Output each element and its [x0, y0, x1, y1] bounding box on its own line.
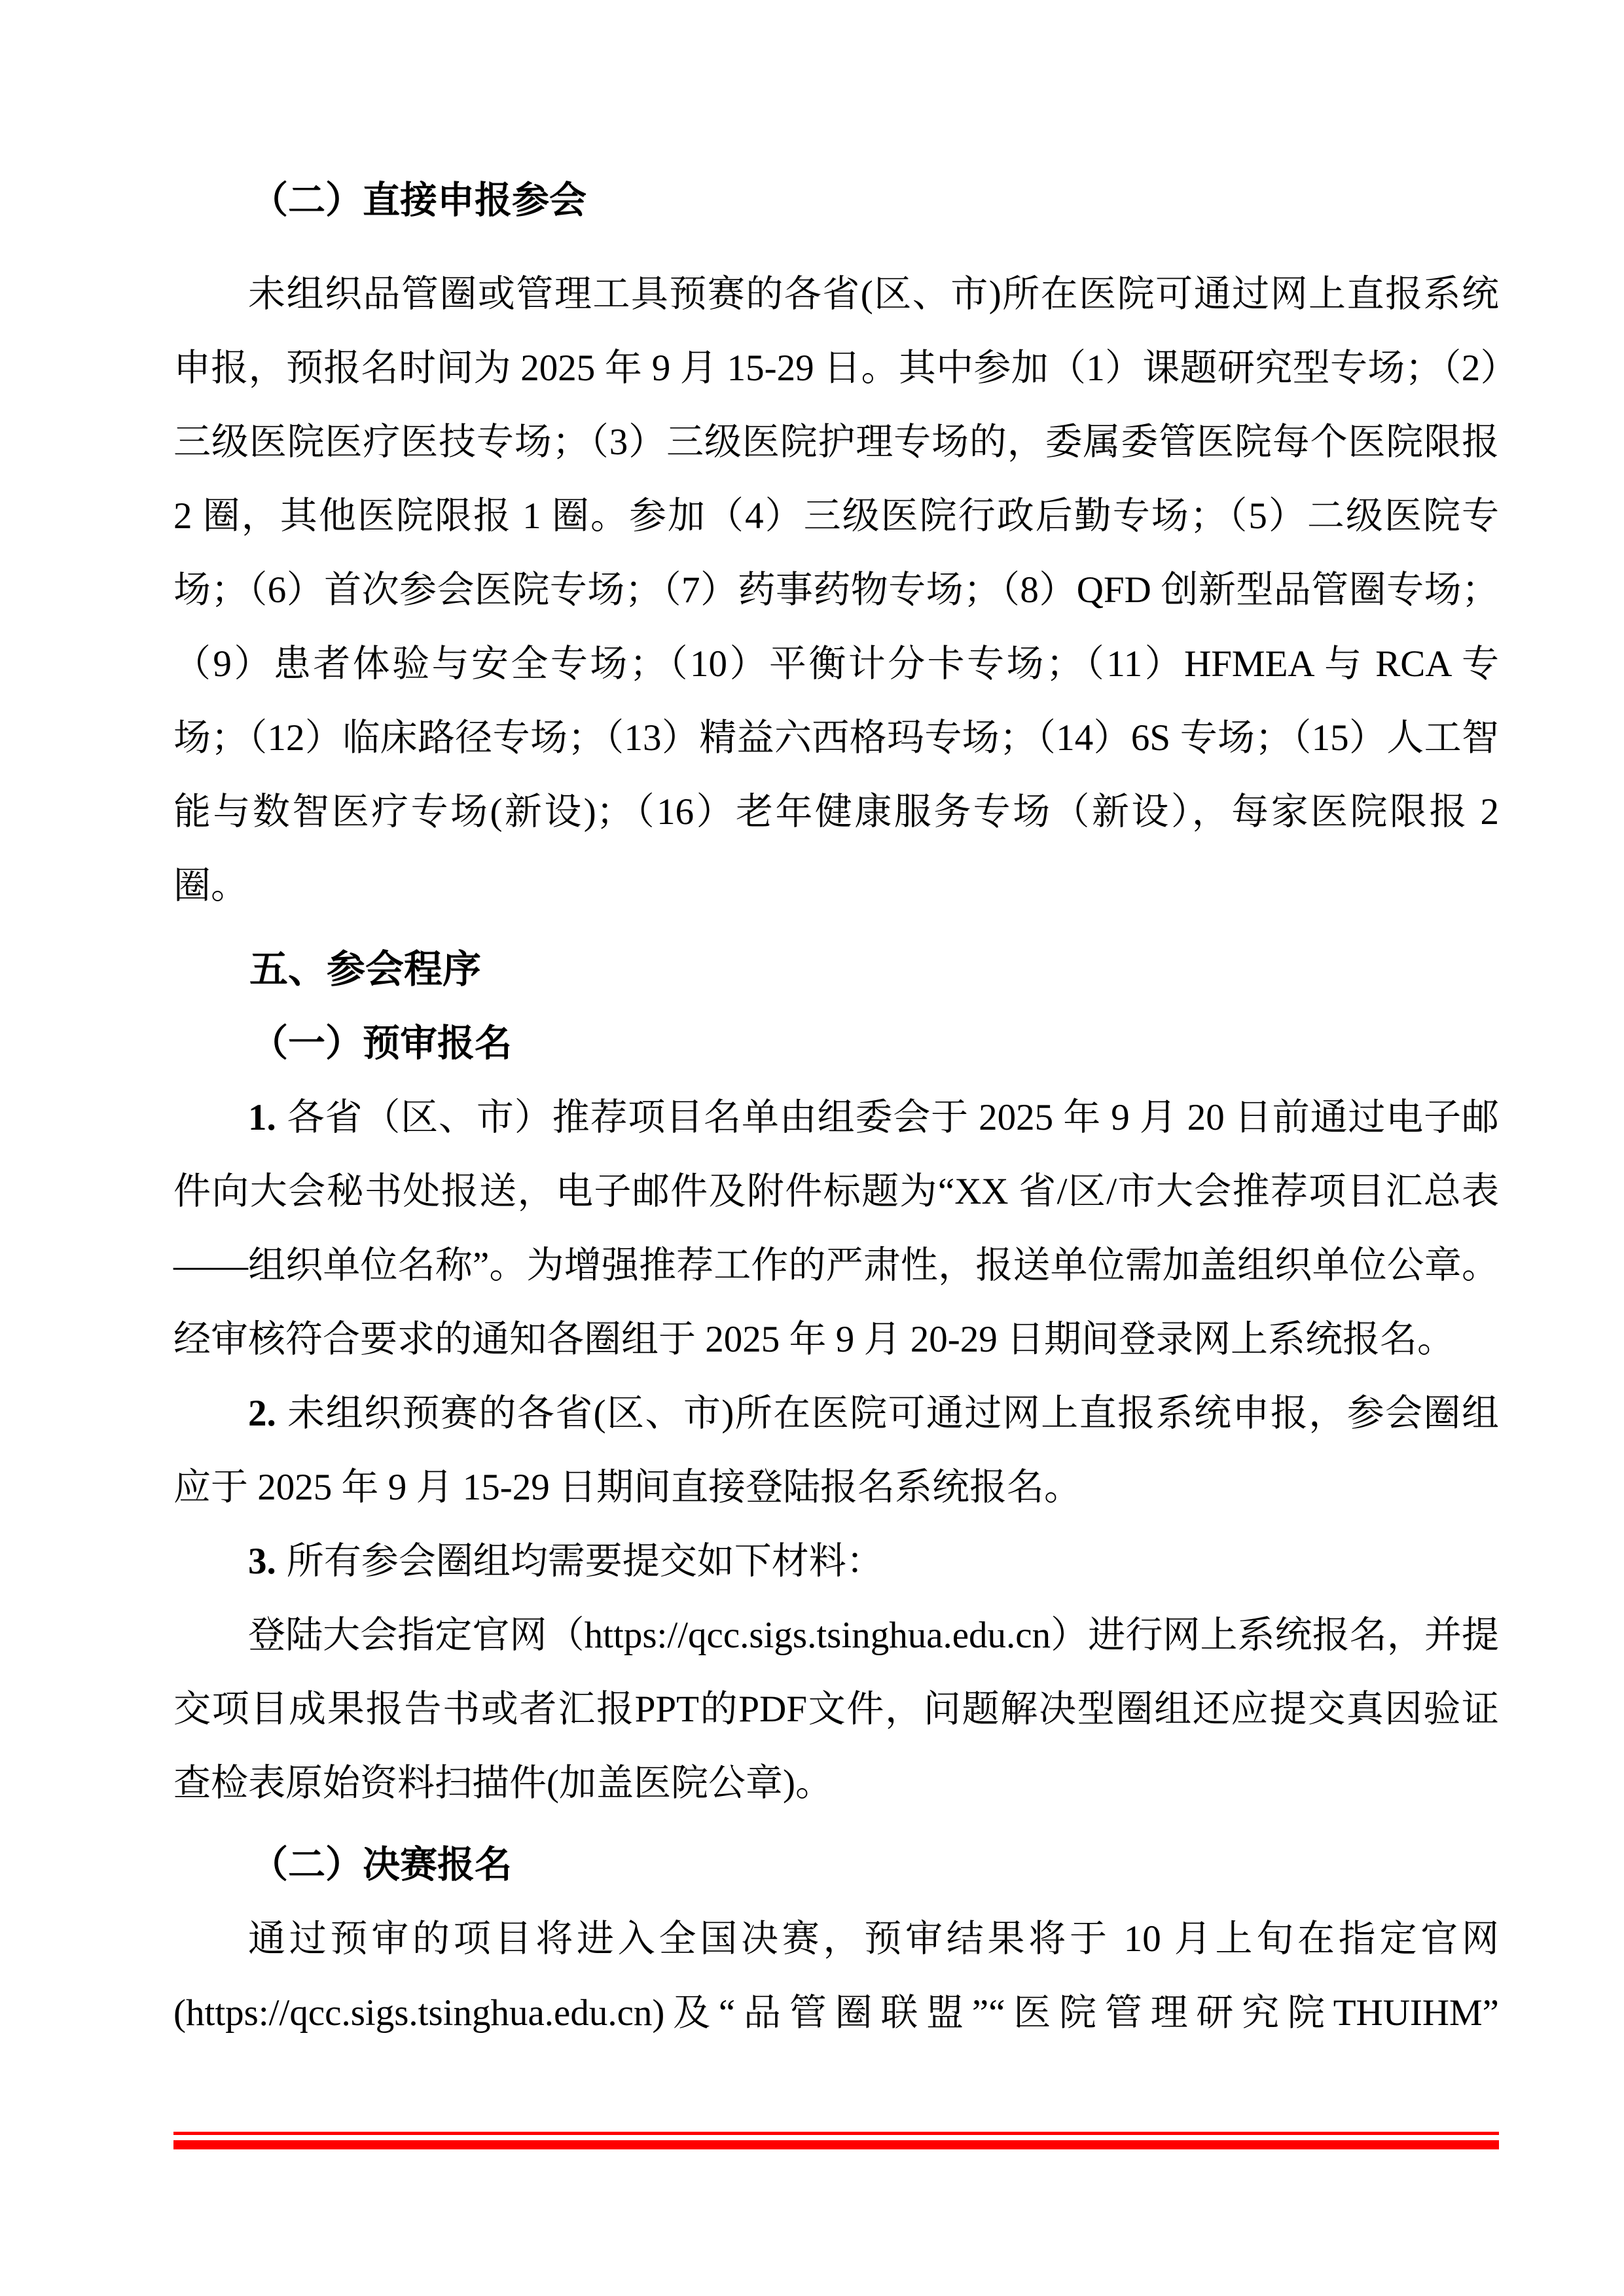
- heading-participation-procedure: 五、参会程序: [173, 933, 1499, 1007]
- footer-rule-thick: [173, 2140, 1499, 2149]
- item-number: 2.: [248, 1393, 276, 1434]
- document-page: （二）直接申报参会 未组织品管圈或管理工具预赛的各省(区、市)所在医院可通过网上…: [0, 0, 1624, 2296]
- numbered-item-3: 3.所有参会圈组均需要提交如下材料：: [173, 1524, 1499, 1598]
- numbered-item-2: 2.未组织预赛的各省(区、市)所在医院可通过网上直报系统申报，参会圈组应于 20…: [173, 1376, 1499, 1524]
- item-text: 未组织预赛的各省(区、市)所在医院可通过网上直报系统申报，参会圈组应于 2025…: [173, 1393, 1499, 1508]
- item-text: 各省（区、市）推荐项目名单由组委会于 2025 年 9 月 20 日前通过电子邮…: [173, 1097, 1499, 1360]
- item-text: 所有参会圈组均需要提交如下材料：: [287, 1541, 884, 1582]
- para-submission-materials: 登陆大会指定官网（https://qcc.sigs.tsinghua.edu.c…: [173, 1598, 1499, 1820]
- para-direct-application: 未组织品管圈或管理工具预赛的各省(区、市)所在医院可通过网上直报系统申报，预报名…: [173, 257, 1499, 923]
- item-number: 3.: [248, 1541, 276, 1582]
- footer-rule-thin: [173, 2132, 1499, 2135]
- para-final-result: 通过预审的项目将进入全国决赛，预审结果将于 10 月上旬在指定官网(https:…: [173, 1902, 1499, 2050]
- heading-direct-application: （二）直接申报参会: [173, 164, 1499, 238]
- item-number: 1.: [248, 1097, 276, 1138]
- heading-final-registration: （二）决赛报名: [173, 1828, 1499, 1902]
- numbered-item-1: 1.各省（区、市）推荐项目名单由组委会于 2025 年 9 月 20 日前通过电…: [173, 1081, 1499, 1376]
- heading-preliminary-registration: （一）预审报名: [173, 1007, 1499, 1081]
